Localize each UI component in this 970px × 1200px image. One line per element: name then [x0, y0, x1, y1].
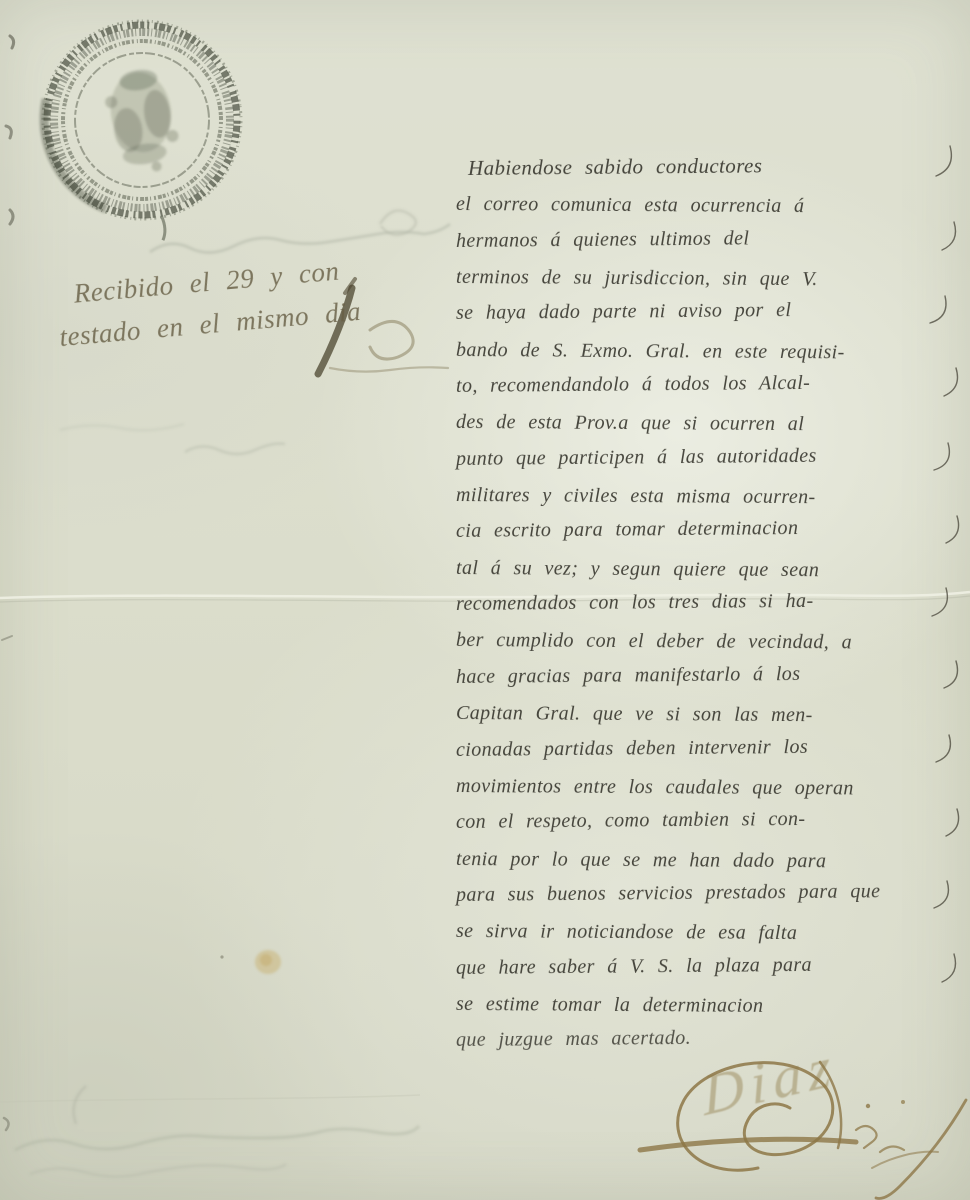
text-line: hace gracias para manifestarlo á los [456, 654, 961, 695]
text-line: to, recomendandolo á todos los Alcal- [456, 364, 961, 405]
page-edge-marks [2, 36, 14, 1130]
ink-stamp-icon [30, 8, 257, 254]
text-line: con el respeto, como tambien si con- [456, 800, 961, 841]
letter-body: Habiendose sabido conductores el correo … [456, 150, 961, 1059]
text-line: para sus buenos servicios prestados para… [456, 872, 961, 913]
text-line: que juzgue mas acertado. [456, 1018, 961, 1059]
text-line: cia escrito para tomar determinacion [456, 509, 961, 550]
stain [220, 950, 281, 974]
text-line: Habiendose sabido conductores [468, 146, 961, 187]
text-line: que hare saber á V. S. la plaza para [456, 945, 961, 986]
text-line: punto que participen á las autoridades [456, 436, 961, 477]
manuscript-page: Recibido el 29 y con testado en el mismo… [0, 0, 970, 1200]
text-line: se haya dado parte ni aviso por el [456, 291, 961, 332]
text-line: hermanos á quienes ultimos del [456, 218, 961, 259]
text-line: recomendados con los tres dias si ha- [456, 582, 961, 623]
text-line: cionadas partidas deben intervenir los [456, 727, 961, 768]
